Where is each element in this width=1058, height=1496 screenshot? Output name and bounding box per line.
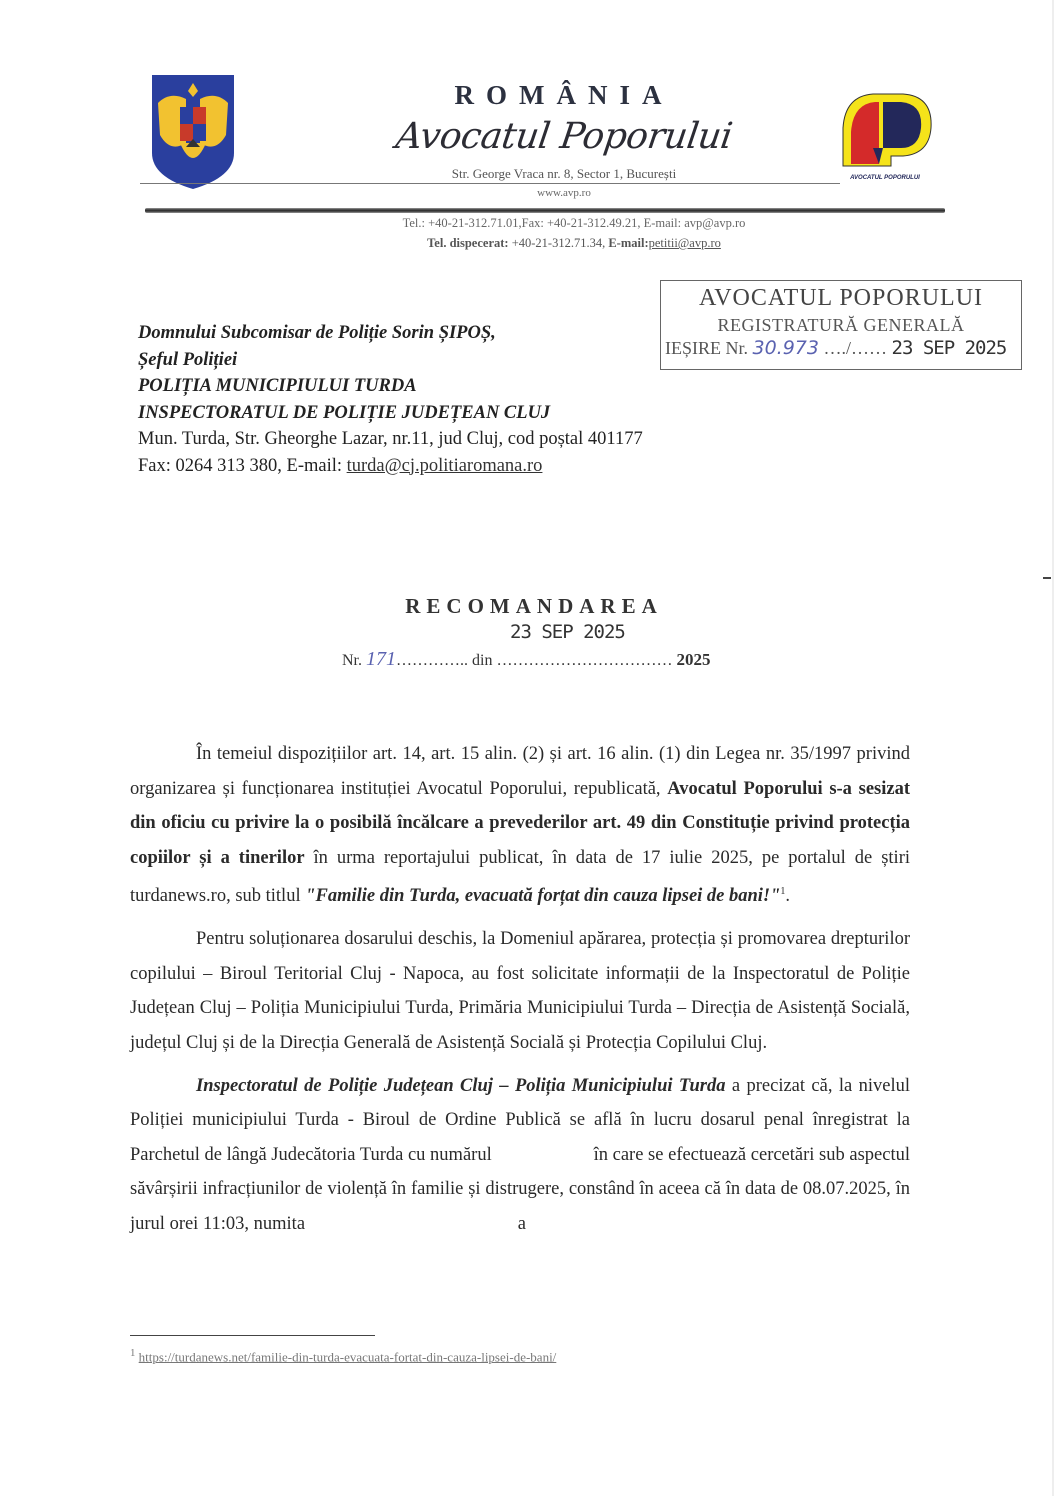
addressee-inspectorate: INSPECTORATUL DE POLIȚIE JUDEȚEAN CLUJ <box>138 400 643 427</box>
article-title: "Familie din Turda, evacuată forțat din … <box>305 887 780 907</box>
footnote: 1 https://turdanews.net/familie-din-turd… <box>130 1347 556 1365</box>
nr-label: Nr. <box>342 652 362 669</box>
registry-stamp: AVOCATUL POPORULUI REGISTRATURĂ GENERALĂ… <box>660 280 1022 370</box>
stamp-date: 23 SEP 2025 <box>892 337 1007 359</box>
svg-text:AVOCATUL POPORULUI: AVOCATUL POPORULUI <box>849 175 920 181</box>
dispatch-label: Tel. dispecerat: <box>427 236 508 250</box>
din-label: din <box>472 652 492 669</box>
paragraph-1: În temeiul dispozițiilor art. 14, art. 1… <box>130 737 910 914</box>
dispatch-email-link[interactable]: petitii@avp.ro <box>649 236 721 250</box>
addressee-fax: Fax: 0264 313 380, E-mail: <box>138 456 347 476</box>
stamp-exit-label: IEȘIRE Nr. <box>665 338 748 358</box>
stamp-title: AVOCATUL POPORULUI <box>661 285 1021 312</box>
paragraph-2: Pentru soluționarea dosarului deschis, l… <box>130 922 910 1060</box>
header-divider-thin <box>140 183 840 184</box>
institution-website: www.avp.ro <box>0 187 1058 199</box>
avocatul-poporului-logo-icon: AVOCATUL POPORULUI <box>833 88 938 183</box>
addressee-address: Mun. Turda, Str. Gheorghe Lazar, nr.11, … <box>138 426 643 453</box>
stamp-subtitle: REGISTRATURĂ GENERALĂ <box>661 315 1021 336</box>
addressee-unit: POLIȚIA MUNICIPIULUI TURDA <box>138 373 643 400</box>
addressee-role: Șeful Poliției <box>138 347 643 374</box>
nr-dots: ………….. <box>396 652 468 669</box>
nr-value: 171 <box>366 648 396 670</box>
footnote-link[interactable]: https://turdanews.net/familie-din-turda-… <box>139 1349 557 1364</box>
scan-edge <box>1052 0 1054 1496</box>
document-year: 2025 <box>676 650 710 669</box>
stamp-separator: …./…… <box>823 338 887 358</box>
header-divider-thick <box>145 208 945 213</box>
addressee-block: Domnului Subcomisar de Poliție Sorin ȘIP… <box>138 320 643 479</box>
scan-margin-mark <box>1043 577 1051 579</box>
footnote-divider <box>130 1335 375 1336</box>
police-inspectorate-ref: Inspectoratul de Poliție Județean Cluj –… <box>196 1076 726 1096</box>
dispatch-email-label: E-mail: <box>608 236 648 250</box>
addressee-contact: Fax: 0264 313 380, E-mail: turda@cj.poli… <box>138 453 643 480</box>
dispatch-line: Tel. dispecerat: +40-21-312.71.34, E-mai… <box>0 236 1058 251</box>
dispatch-phone: +40-21-312.71.34, <box>512 236 606 250</box>
document-number-line: Nr. 171………….. din …………………………… 2025 <box>342 648 710 671</box>
contact-line: Tel.: +40-21-312.71.01,Fax: +40-21-312.4… <box>0 216 1058 231</box>
document-date-stamp: 23 SEP 2025 <box>510 621 625 643</box>
din-dots: …………………………… <box>496 652 672 669</box>
stamp-exit-number: 30.973 <box>753 337 819 359</box>
addressee-email-link[interactable]: turda@cj.politiaromana.ro <box>347 456 543 476</box>
paragraph-3: Inspectoratul de Poliție Județean Cluj –… <box>130 1069 910 1242</box>
document-body: În temeiul dispozițiilor art. 14, art. 1… <box>130 737 910 1249</box>
document-title: RECOMANDAREA <box>0 594 1058 619</box>
stamp-exit-line: IEȘIRE Nr. 30.973 …./…… 23 SEP 2025 <box>665 337 1006 359</box>
footnote-number: 1 <box>130 1347 135 1359</box>
addressee-name: Domnului Subcomisar de Poliție Sorin ȘIP… <box>138 320 643 347</box>
